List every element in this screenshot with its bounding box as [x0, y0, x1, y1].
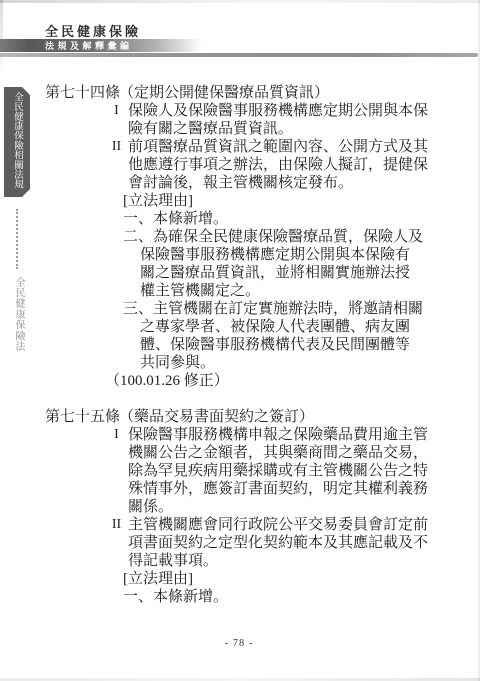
paragraph-text: 保險人及保險醫事服務機構應定期公開與本保險有關之醫療品質資訊。 — [128, 102, 434, 138]
book-subtitle: 法規及解釋彙編 — [45, 39, 133, 52]
sidebar-section-label: 全民健康保險法 — [11, 277, 26, 352]
sidebar-category-tab: 全民健康保險相關法規 — [4, 87, 30, 197]
legislative-reason-item: 一、本條新增。 — [123, 210, 423, 228]
scanned-book-page: 全民健康保險 法規及解釋彙編 全民健康保險相關法規 全民健康保險法 第七十四條 … — [0, 0, 480, 681]
article-heading: 第七十四條 （定期公開健保醫療品質資訊） — [45, 84, 438, 102]
page-number: - 78 - — [0, 638, 478, 649]
sidebar-dotted-divider — [16, 209, 18, 269]
article-74: 第七十四條 （定期公開健保醫療品質資訊） I 保險人及保險醫事服務機構應定期公開… — [45, 84, 438, 390]
article-paragraph: II 前項醫療品質資訊之範圍內容、公開方式及其他應遵行事項之辦法，由保險人擬訂，… — [45, 138, 438, 192]
paragraph-text: 前項醫療品質資訊之範圍內容、公開方式及其他應遵行事項之辦法，由保險人擬訂，提健保… — [128, 138, 434, 192]
article-paragraph: II 主管機關應會同行政院公平交易委員會訂定前項書面契約之定型化契約範本及其應記… — [45, 516, 438, 570]
legislative-reason-label: [立法理由] — [123, 570, 438, 588]
article-number: 第七十五條 — [45, 408, 119, 426]
legislative-reason-item: 一、本條新增。 — [123, 588, 423, 606]
revision-note: （100.01.26 修正） — [105, 372, 438, 390]
subtitle-banner: 法規及解釋彙編 — [0, 39, 206, 52]
paragraph-marker: I — [105, 426, 128, 516]
paragraph-marker: I — [105, 102, 128, 138]
legislative-reason-item: 二、為確保全民健康保險醫療品質，保險人及保險醫事服務機構應定期公開與本保險有關之… — [123, 228, 423, 300]
legislative-reason-item: 三、主管機關在訂定實施辦法時，將邀請相關之專家學者、被保險人代表團體、病友團體、… — [123, 300, 423, 372]
paragraph-marker: II — [105, 516, 128, 570]
scan-edge-top — [0, 0, 480, 3]
book-title: 全民健康保險 — [45, 21, 141, 40]
legislative-reason-label: [立法理由] — [123, 192, 438, 210]
page-content: 第七十四條 （定期公開健保醫療品質資訊） I 保險人及保險醫事服務機構應定期公開… — [45, 84, 438, 606]
article-paragraph: I 保險醫事服務機構申報之保險藥品費用逾主管機關公告之金額者，其與藥商間之藥品交… — [45, 426, 438, 516]
article-heading: 第七十五條 （藥品交易書面契約之簽訂） — [45, 408, 438, 426]
article-title: （定期公開健保醫療品質資訊） — [119, 84, 329, 102]
article-75: 第七十五條 （藥品交易書面契約之簽訂） I 保險醫事服務機構申報之保險藥品費用逾… — [45, 408, 438, 606]
article-paragraph: I 保險人及保險醫事服務機構應定期公開與本保險有關之醫療品質資訊。 — [45, 102, 438, 138]
paragraph-text: 保險醫事服務機構申報之保險藥品費用逾主管機關公告之金額者，其與藥商間之藥品交易，… — [128, 426, 434, 516]
paragraph-text: 主管機關應會同行政院公平交易委員會訂定前項書面契約之定型化契約範本及其應記載及不… — [128, 516, 434, 570]
sidebar-category-label: 全民健康保險相關法規 — [10, 92, 24, 197]
article-number: 第七十四條 — [45, 84, 119, 102]
paragraph-marker: II — [105, 138, 128, 192]
article-title: （藥品交易書面契約之簽訂） — [119, 408, 314, 426]
header-rule — [0, 53, 478, 57]
